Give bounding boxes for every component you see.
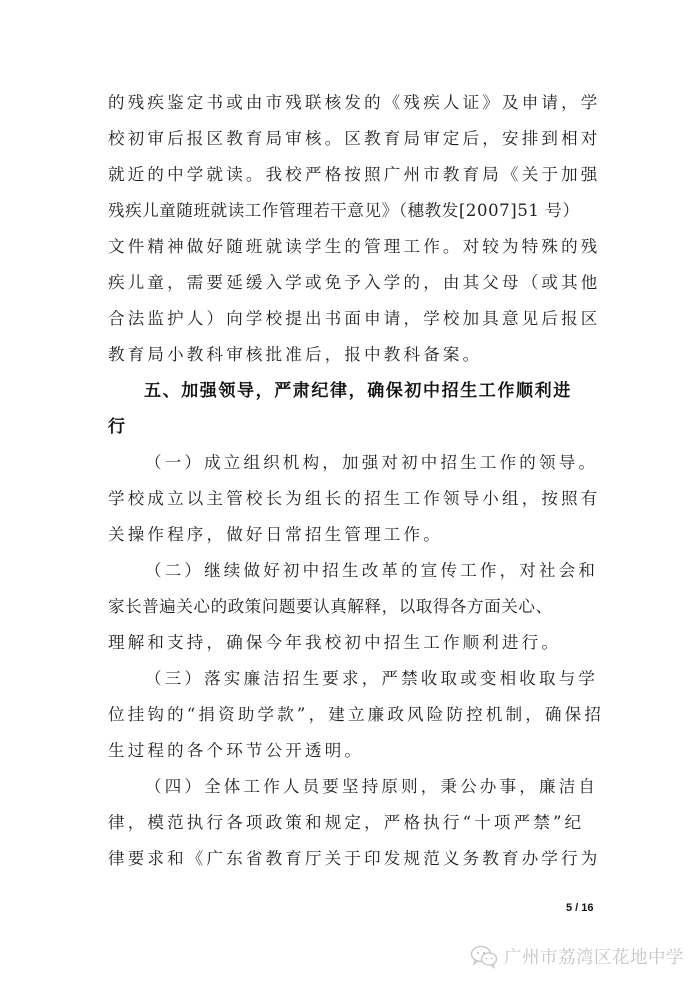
watermark: 广州市荔湾区花地中学	[470, 944, 684, 969]
text-line: 生过程的各个环节公开透明。	[108, 733, 592, 769]
text-line: 就近的中学就读。我校严格按照广州市教育局《关于加强	[108, 157, 592, 193]
text-line: 教育局小教科审核批准后，报中教科备案。	[108, 337, 592, 373]
paragraph-start: （四）全体工作人员要坚持原则，秉公办事，廉洁自	[108, 769, 592, 805]
text-line: 关操作程序，做好日常招生管理工作。	[108, 517, 592, 553]
text-line: 校初审后报区教育局审核。区教育局审定后，安排到相对	[108, 121, 592, 157]
section-heading-continued: 行	[108, 409, 592, 445]
watermark-text: 广州市荔湾区花地中学	[504, 944, 684, 969]
text-line: 律，模范执行各项政策和规定，严格执行“十项严禁”纪	[108, 805, 592, 841]
document-page: 的残疾鉴定书或由市残联核发的《残疾人证》及申请，学 校初审后报区教育局审核。区教…	[0, 0, 700, 989]
text-line: 残疾儿童随班就读工作管理若干意见》（穗教发[2007]51 号）	[108, 193, 592, 229]
wechat-icon	[470, 945, 498, 969]
text-line: 的残疾鉴定书或由市残联核发的《残疾人证》及申请，学	[108, 85, 592, 121]
text-line: 合法监护人）向学校提出书面申请，学校加具意见后报区	[108, 301, 592, 337]
document-body: 的残疾鉴定书或由市残联核发的《残疾人证》及申请，学 校初审后报区教育局审核。区教…	[108, 85, 592, 877]
page-number: 5 / 16	[566, 902, 594, 914]
paragraph-start: （一）成立组织机构，加强对初中招生工作的领导。	[108, 445, 592, 481]
text-line: 文件精神做好随班就读学生的管理工作。对较为特殊的残	[108, 229, 592, 265]
text-line: 位挂钩的“捐资助学款”，建立廉政风险防控机制，确保招	[108, 697, 592, 733]
paragraph-start: （二）继续做好初中招生改革的宣传工作，对社会和	[108, 553, 592, 589]
section-heading: 五、加强领导，严肃纪律，确保初中招生工作顺利进	[108, 373, 592, 409]
text-line: 疾儿童，需要延缓入学或免予入学的，由其父母（或其他	[108, 265, 592, 301]
text-line: 学校成立以主管校长为组长的招生工作领导小组，按照有	[108, 481, 592, 517]
text-line: 律要求和《广东省教育厅关于印发规范义务教育办学行为	[108, 841, 592, 877]
text-line: 家长普遍关心的政策问题要认真解释，以取得各方面关心、	[108, 589, 592, 625]
paragraph-start: （三）落实廉洁招生要求，严禁收取或变相收取与学	[108, 661, 592, 697]
text-line: 理解和支持，确保今年我校初中招生工作顺利进行。	[108, 625, 592, 661]
